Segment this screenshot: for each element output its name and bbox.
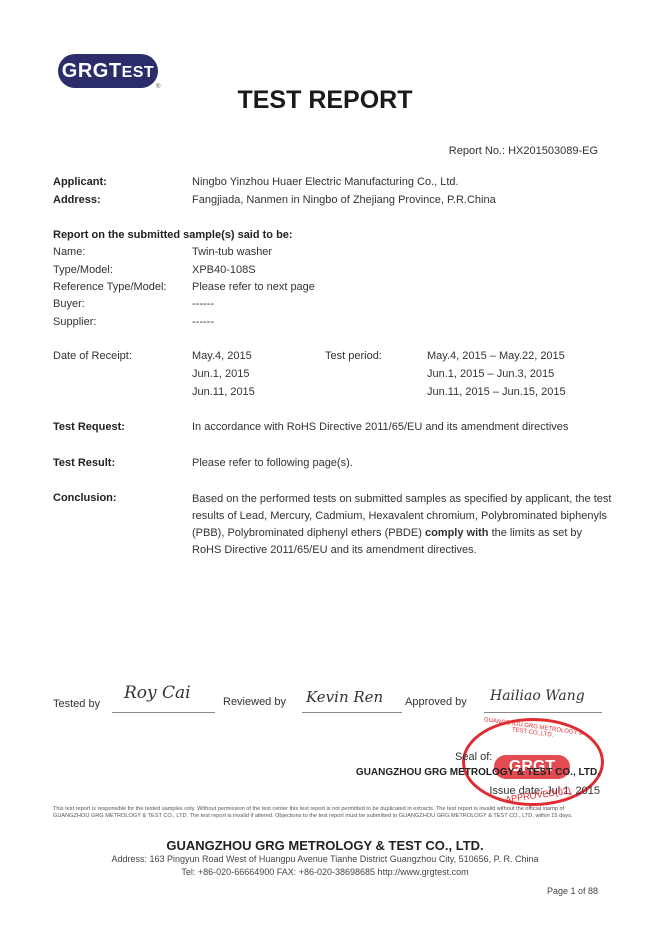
sample-ref-label: Reference Type/Model: (53, 280, 167, 294)
tested-by-label: Tested by (53, 697, 100, 711)
disclaimer-text: This test report is responsible for the … (53, 806, 599, 820)
conclusion-text: Based on the performed tests on submitte… (192, 491, 612, 559)
footer-address: Address: 163 Pingyun Road West of Huangp… (0, 854, 650, 864)
address-value: Fangjiada, Nanmen in Ningbo of Zhejiang … (192, 193, 496, 207)
footer-company: GUANGZHOU GRG METROLOGY & TEST CO., LTD. (0, 838, 650, 853)
test-request-label: Test Request: (53, 420, 125, 434)
sample-model-value: XPB40-108S (192, 263, 256, 277)
test-result-label: Test Result: (53, 456, 115, 470)
period-3: Jun.11, 2015 – Jun.15, 2015 (427, 385, 566, 399)
sample-name-value: Twin-tub washer (192, 245, 272, 259)
logo-main-text: GRGT (62, 60, 122, 82)
test-request-value: In accordance with RoHS Directive 2011/6… (192, 420, 568, 434)
applicant-value: Ningbo Yinzhou Huaer Electric Manufactur… (192, 175, 459, 189)
receipt-date-3: Jun.11, 2015 (192, 385, 255, 399)
period-2: Jun.1, 2015 – Jun.3, 2015 (427, 367, 554, 381)
sample-buyer-value: ------ (192, 297, 214, 311)
report-number: Report No.: HX201503089-EG (449, 145, 598, 157)
reviewed-by-label: Reviewed by (223, 695, 286, 709)
approved-by-label: Approved by (405, 695, 467, 709)
document-title: TEST REPORT (0, 86, 650, 115)
footer-contact: Tel: +86-020-66664900 FAX: +86-020-38698… (0, 867, 650, 877)
sample-ref-value: Please refer to next page (192, 280, 315, 294)
conclusion-label: Conclusion: (53, 491, 117, 505)
approved-signature: Hailiao Wang (490, 688, 585, 704)
sample-model-label: Type/Model: (53, 263, 113, 277)
reviewed-signature: Kevin Ren (306, 688, 383, 706)
applicant-label: Applicant: (53, 175, 107, 189)
receipt-date-2: Jun.1, 2015 (192, 367, 250, 381)
seal-company: GUANGZHOU GRG METROLOGY & TEST CO., LTD. (356, 766, 600, 780)
sample-supplier-label: Supplier: (53, 315, 96, 329)
receipt-date-1: May.4, 2015 (192, 349, 252, 363)
conclusion-bold: comply with (425, 527, 489, 539)
sample-buyer-label: Buyer: (53, 297, 85, 311)
tested-signature: Roy Cai (124, 683, 191, 703)
sample-name-label: Name: (53, 245, 85, 259)
period-1: May.4, 2015 – May.22, 2015 (427, 349, 565, 363)
page-number: Page 1 of 88 (547, 886, 598, 896)
logo-suffix-text: EST (122, 64, 155, 81)
sample-supplier-value: ------ (192, 315, 214, 329)
test-result-value: Please refer to following page(s). (192, 456, 353, 470)
seal-label: Seal of: (455, 750, 492, 764)
receipt-label: Date of Receipt: (53, 349, 132, 363)
period-label: Test period: (325, 349, 382, 363)
address-label: Address: (53, 193, 101, 207)
grgtest-logo: GRGTEST (58, 54, 158, 88)
sample-heading: Report on the submitted sample(s) said t… (53, 228, 293, 242)
